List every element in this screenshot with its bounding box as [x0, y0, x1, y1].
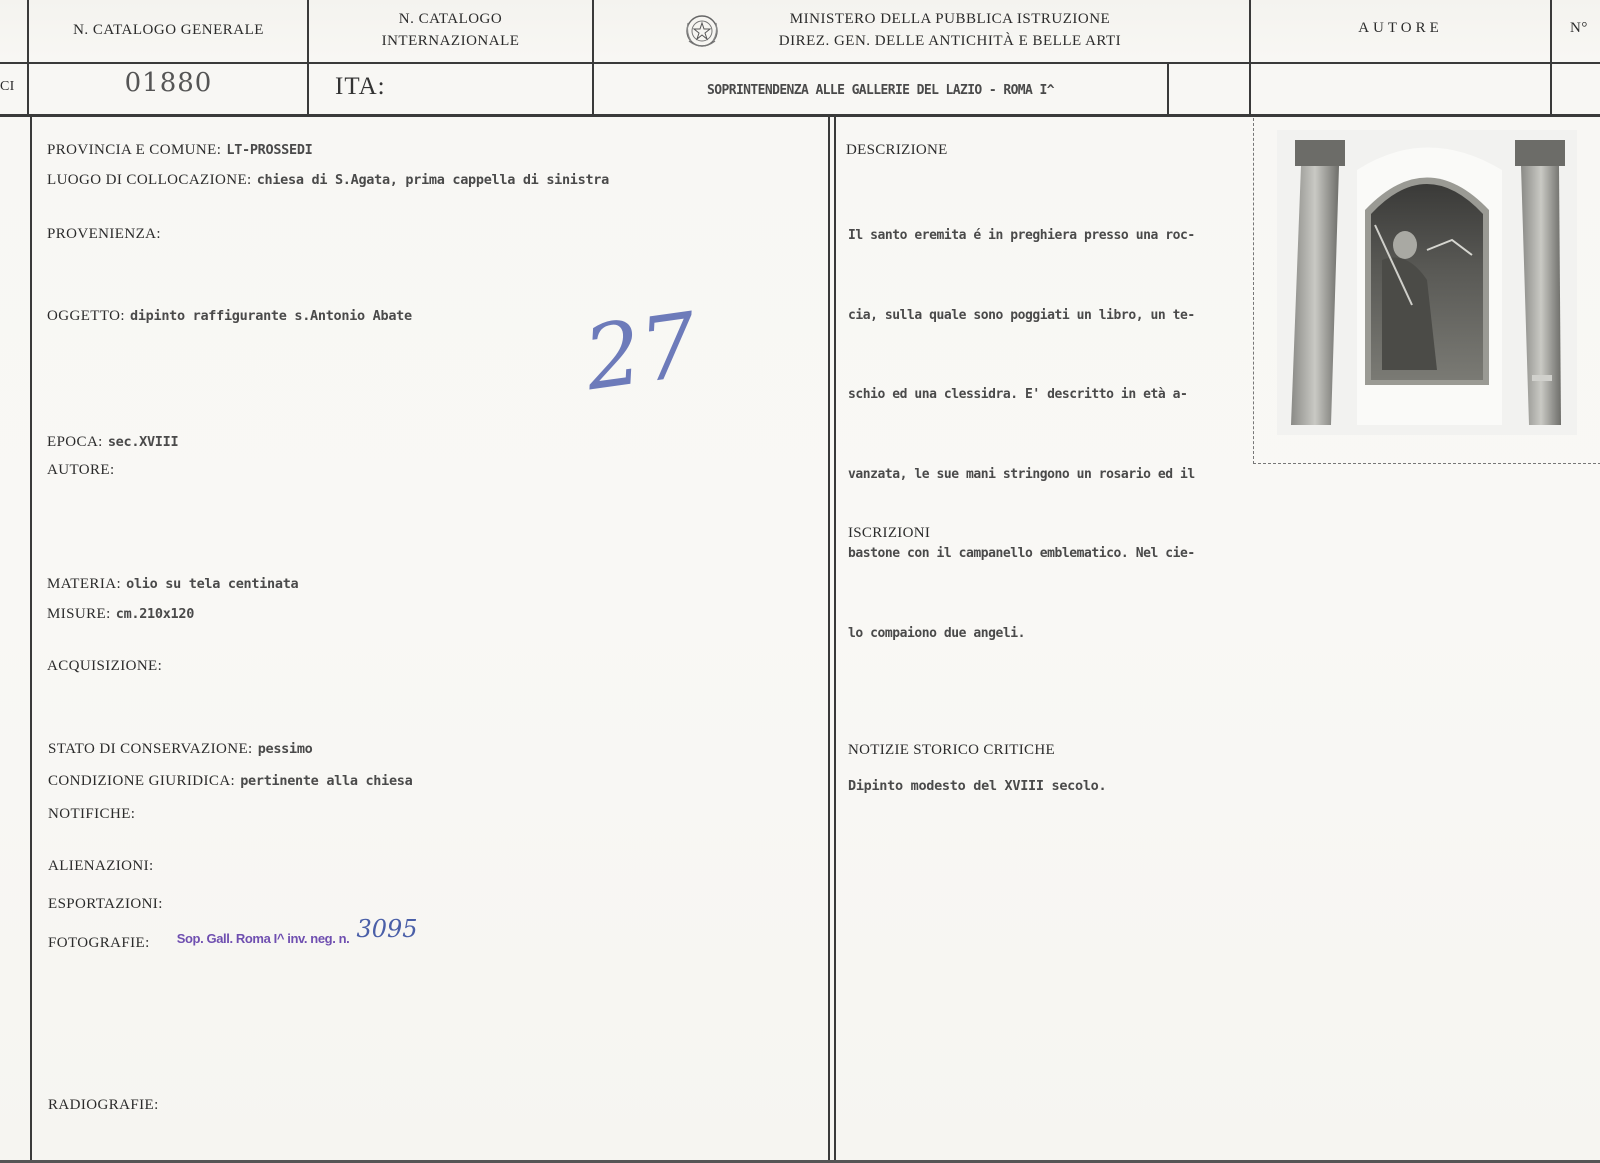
descrizione-line: schio ed una clessidra. E' descritto in …	[848, 382, 1248, 409]
field-label: MATERIA:	[47, 576, 121, 592]
field-label: ALIENAZIONI:	[48, 858, 154, 874]
field-label: OGGETTO:	[47, 308, 125, 324]
autore-header-label: AUTORE	[1251, 17, 1550, 39]
field-value: cm.210x120	[116, 606, 194, 622]
field-epoca: EPOCA: sec.XVIII	[47, 431, 178, 451]
field-misure: MISURE: cm.210x120	[47, 603, 194, 623]
left-border	[30, 117, 32, 1163]
field-acquisizione: ACQUISIZIONE:	[47, 655, 162, 675]
notizie-storico-critiche-label: NOTIZIE STORICO CRITICHE	[848, 742, 1055, 759]
field-label: ACQUISIZIONE:	[47, 658, 162, 674]
descrizione-line: bastone con il campanello emblematico. N…	[848, 541, 1248, 568]
field-value: LT-PROSSEDI	[226, 142, 312, 158]
handwritten-note: 27	[578, 293, 703, 411]
col-divider	[27, 0, 29, 114]
descrizione-text: Il santo eremita é in preghiera presso u…	[848, 170, 1248, 700]
iscrizioni-label: ISCRIZIONI	[848, 525, 930, 542]
descrizione-line: cia, sulla quale sono poggiati un libro,…	[848, 303, 1248, 330]
descrizione-line: Il santo eremita é in preghiera presso u…	[848, 223, 1248, 250]
field-materia: MATERIA: olio su tela centinata	[47, 573, 298, 593]
catalog-card: N. CATALOGO GENERALE N. CATALOGO INTERNA…	[0, 0, 1600, 1163]
soprintendenza-value: SOPRINTENDENZA ALLE GALLERIE DEL LAZIO -…	[594, 83, 1167, 98]
field-label: RADIOGRAFIE:	[48, 1097, 159, 1113]
field-autore: AUTORE:	[47, 459, 115, 479]
ministry-line-1: MINISTERO DELLA PUBBLICA ISTRUZIONE	[730, 8, 1170, 30]
field-value: sec.XVIII	[108, 434, 178, 450]
field-label: STATO DI CONSERVAZIONE:	[48, 741, 253, 757]
artwork-photo	[1277, 130, 1577, 435]
field-value: pertinente alla chiesa	[240, 773, 412, 789]
header-bottom-border	[0, 114, 1600, 117]
catalogo-internazionale-label: N. CATALOGO INTERNAZIONALE	[309, 8, 592, 52]
descrizione-line: lo compaiono due angeli.	[848, 621, 1248, 648]
field-value: chiesa di S.Agata, prima cappella di sin…	[257, 172, 609, 188]
center-divider-a	[828, 117, 830, 1163]
field-notifiche: NOTIFICHE:	[48, 803, 135, 823]
center-divider-b	[834, 117, 836, 1163]
emblem-icon	[683, 11, 721, 53]
ministry-line-2: DIREZ. GEN. DELLE ANTICHITÀ E BELLE ARTI	[730, 30, 1170, 52]
field-radiografie: RADIOGRAFIE:	[48, 1094, 159, 1114]
notizie-storico-critiche-value: Dipinto modesto del XVIII secolo.	[848, 778, 1106, 794]
header-divider	[0, 62, 1600, 64]
photo-negative-stamp: Sop. Gall. Roma I^ inv. neg. n.	[177, 931, 350, 946]
field-condizione-giuridica: CONDIZIONE GIURIDICA: pertinente alla ch…	[48, 770, 412, 790]
field-label: FOTOGRAFIE:	[48, 935, 150, 951]
field-label: AUTORE:	[47, 462, 115, 478]
field-value: pessimo	[258, 741, 313, 757]
left-stub: CI	[0, 79, 15, 95]
numero-label: N°	[1570, 17, 1600, 39]
field-provincia-comune: PROVINCIA E COMUNE: LT-PROSSEDI	[47, 139, 312, 159]
field-value: dipinto raffigurante s.Antonio Abate	[130, 308, 412, 324]
catalogo-internazionale-label-line1: N. CATALOGO	[309, 8, 592, 30]
catalogo-internazionale-value: ITA:	[335, 73, 386, 101]
descrizione-line: vanzata, le sue mani stringono un rosari…	[848, 462, 1248, 489]
field-stato-conservazione: STATO DI CONSERVAZIONE: pessimo	[48, 738, 312, 758]
field-esportazioni: ESPORTAZIONI:	[48, 893, 163, 913]
catalogo-generale-value: 01880	[30, 68, 307, 98]
field-label: CONDIZIONE GIURIDICA:	[48, 773, 235, 789]
field-fotografie: FOTOGRAFIE: Sop. Gall. Roma I^ inv. neg.…	[48, 925, 418, 953]
field-label: PROVINCIA E COMUNE:	[47, 142, 221, 158]
field-label: EPOCA:	[47, 434, 103, 450]
descrizione-label: DESCRIZIONE	[846, 142, 948, 159]
field-alienazioni: ALIENAZIONI:	[48, 855, 154, 875]
col-divider	[1550, 0, 1552, 114]
catalogo-internazionale-label-line2: INTERNAZIONALE	[309, 30, 592, 52]
field-label: MISURE:	[47, 606, 111, 622]
field-label: NOTIFICHE:	[48, 806, 135, 822]
col-divider	[1167, 64, 1169, 114]
field-label: LUOGO DI COLLOCAZIONE:	[47, 172, 252, 188]
field-label: PROVENIENZA:	[47, 226, 161, 242]
ministry-heading: MINISTERO DELLA PUBBLICA ISTRUZIONE DIRE…	[730, 8, 1170, 52]
field-provenienza: PROVENIENZA:	[47, 223, 161, 243]
field-value: olio su tela centinata	[126, 576, 298, 592]
catalogo-generale-label: N. CATALOGO GENERALE	[30, 19, 307, 41]
handwritten-negative-number: 3095	[356, 915, 417, 943]
field-oggetto: OGGETTO: dipinto raffigurante s.Antonio …	[47, 305, 412, 325]
field-luogo-collocazione: LUOGO DI COLLOCAZIONE: chiesa di S.Agata…	[47, 169, 609, 189]
field-label: ESPORTAZIONI:	[48, 896, 163, 912]
